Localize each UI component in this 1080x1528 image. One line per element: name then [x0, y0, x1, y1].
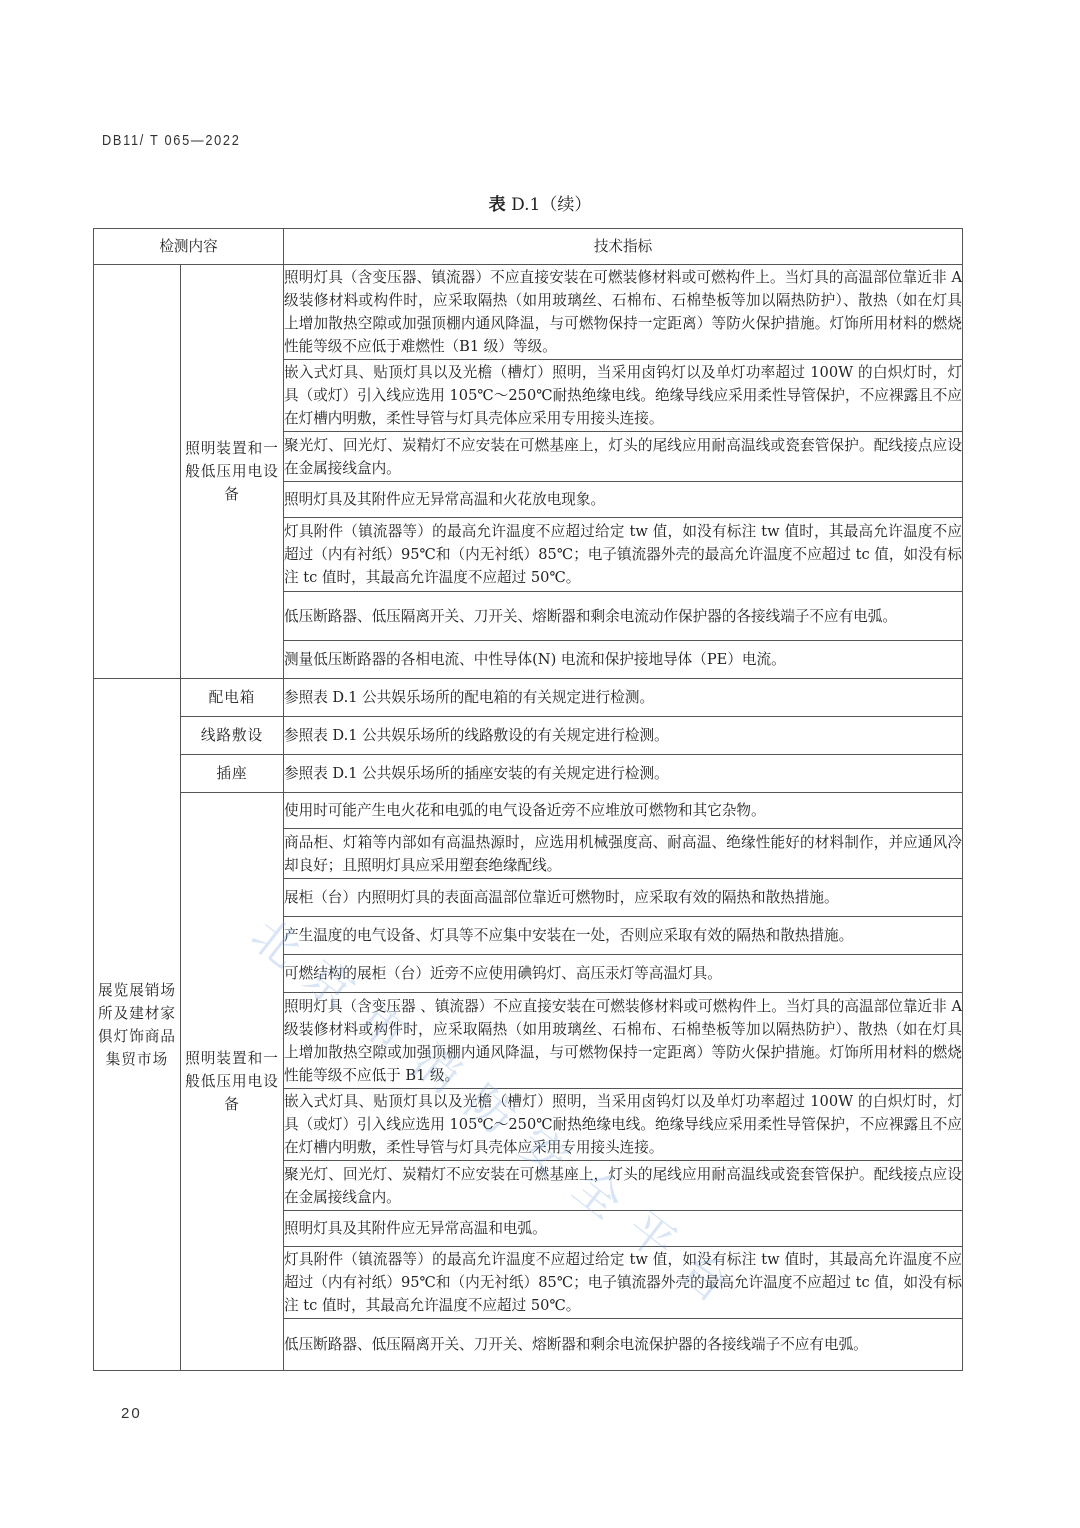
spec-cell: 灯具附件（镇流器等）的最高允许温度不应超过给定 tw 值，如没有标注 tw 值时…: [284, 1247, 963, 1319]
spec-cell: 嵌入式灯具、贴顶灯具以及光檐（槽灯）照明，当采用卤钨灯以及单灯功率超过 100W…: [284, 360, 963, 432]
table-row: 线路敷设 参照表 D.1 公共娱乐场所的线路敷设的有关规定进行检测。: [94, 717, 963, 755]
table-row: 插座 参照表 D.1 公共娱乐场所的插座安装的有关规定进行检测。: [94, 755, 963, 793]
table-caption-title: D.1（续）: [511, 195, 591, 215]
spec-table: 检测内容 技术指标 照明装置和一般低压用电设备 照明灯具（含变压器、镇流器）不应…: [93, 228, 963, 1371]
spec-cell: 聚光灯、回光灯、炭精灯不应安装在可燃基座上，灯头的尾线应用耐高温线或瓷套管保护。…: [284, 432, 963, 482]
subcategory-cell: 配电箱: [181, 679, 284, 717]
spec-cell: 产生温度的电气设备、灯具等不应集中安装在一处，否则应采取有效的隔热和散热措施。: [284, 917, 963, 955]
spec-cell: 照明灯具（含变压器 、镇流器）不应直接安装在可燃装修材料或可燃构件上。当灯具的高…: [284, 993, 963, 1089]
spec-cell: 展柜（台）内照明灯具的表面高温部位靠近可燃物时，应采取有效的隔热和散热措施。: [284, 879, 963, 917]
spec-cell: 照明灯具及其附件应无异常高温和火花放电现象。: [284, 482, 963, 518]
spec-cell: 参照表 D.1 公共娱乐场所的配电箱的有关规定进行检测。: [284, 679, 963, 717]
table-row: 照明装置和一般低压用电设备 照明灯具（含变压器、镇流器）不应直接安装在可燃装修材…: [94, 265, 963, 360]
spec-cell: 聚光灯、回光灯、炭精灯不应安装在可燃基座上，灯头的尾线应用耐高温线或瓷套管保护。…: [284, 1161, 963, 1211]
spec-cell: 可燃结构的展柜（台）近旁不应使用碘钨灯、高压汞灯等高温灯具。: [284, 955, 963, 993]
table-row: 照明装置和一般低压用电设备 使用时可能产生电火花和电弧的电气设备近旁不应堆放可燃…: [94, 793, 963, 829]
header-inspection-content: 检测内容: [94, 229, 284, 265]
subcategory-cell: 照明装置和一般低压用电设备: [181, 265, 284, 679]
table-header-row: 检测内容 技术指标: [94, 229, 963, 265]
category-cell: [94, 265, 181, 679]
subcategory-cell: 插座: [181, 755, 284, 793]
spec-cell: 测量低压断路器的各相电流、中性导体(N) 电流和保护接地导体（PE）电流。: [284, 641, 963, 679]
spec-cell: 照明灯具（含变压器、镇流器）不应直接安装在可燃装修材料或可燃构件上。当灯具的高温…: [284, 265, 963, 360]
table-row: 展览展销场所及建材家俱灯饰商品集贸市场 配电箱 参照表 D.1 公共娱乐场所的配…: [94, 679, 963, 717]
spec-cell: 参照表 D.1 公共娱乐场所的插座安装的有关规定进行检测。: [284, 755, 963, 793]
spec-cell: 灯具附件（镇流器等）的最高允许温度不应超过给定 tw 值，如没有标注 tw 值时…: [284, 518, 963, 592]
table-caption: 表 D.1（续）: [0, 190, 1080, 215]
spec-cell: 嵌入式灯具、贴顶灯具以及光檐（槽灯）照明，当采用卤钨灯以及单灯功率超过 100W…: [284, 1089, 963, 1161]
spec-cell: 低压断路器、低压隔离开关、刀开关、熔断器和剩余电流保护器的各接线端子不应有电弧。: [284, 1319, 963, 1371]
header-technical-spec: 技术指标: [284, 229, 963, 265]
category-cell: 展览展销场所及建材家俱灯饰商品集贸市场: [94, 679, 181, 1371]
spec-cell: 商品柜、灯箱等内部如有高温热源时，应选用机械强度高、耐高温、绝缘性能好的材料制作…: [284, 829, 963, 879]
page-number: 20: [121, 1405, 142, 1422]
spec-cell: 使用时可能产生电火花和电弧的电气设备近旁不应堆放可燃物和其它杂物。: [284, 793, 963, 829]
spec-cell: 参照表 D.1 公共娱乐场所的线路敷设的有关规定进行检测。: [284, 717, 963, 755]
table-caption-prefix: 表: [489, 195, 506, 215]
subcategory-cell: 照明装置和一般低压用电设备: [181, 793, 284, 1371]
subcategory-cell: 线路敷设: [181, 717, 284, 755]
spec-cell: 低压断路器、低压隔离开关、刀开关、熔断器和剩余电流动作保护器的各接线端子不应有电…: [284, 592, 963, 641]
spec-cell: 照明灯具及其附件应无异常高温和电弧。: [284, 1211, 963, 1247]
standard-code: DB11/ T 065—2022: [102, 132, 240, 149]
